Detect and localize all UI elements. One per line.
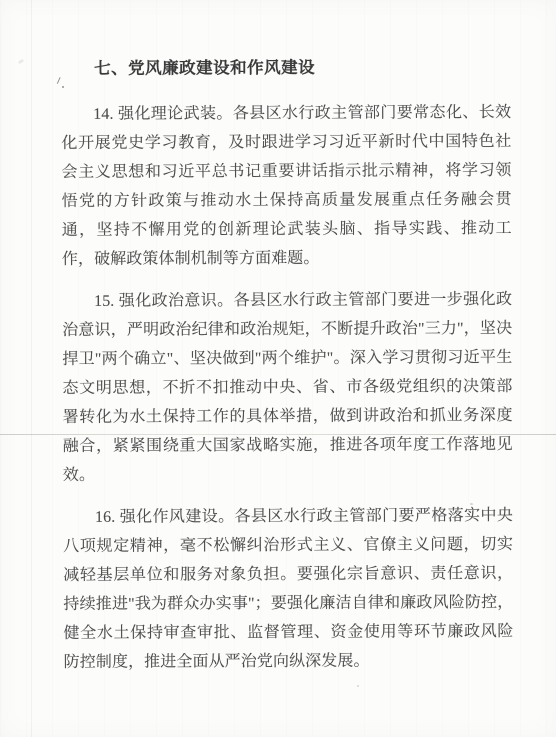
scan-streak-line-artifact — [0, 434, 556, 435]
scan-speck — [470, 503, 473, 505]
stray-pen-mark-dot — [62, 86, 64, 88]
document-content: 七、党风廉政建设和作风建设 14. 强化理论武装。各县区水行政主管部门要常态化、… — [61, 54, 514, 690]
paragraph-item-14: 14. 强化理论武装。各县区水行政主管部门要常态化、长效化开展党史学习教育，及时… — [61, 98, 512, 274]
scan-speck — [18, 59, 25, 65]
scan-fold-line-artifact — [31, 0, 32, 737]
scanned-document-page: 七、党风廉政建设和作风建设 14. 强化理论武装。各县区水行政主管部门要常态化、… — [0, 0, 556, 737]
paragraph-item-15: 15. 强化政治意识。各县区水行政主管部门要进一步强化政治意识，严明政治纪律和政… — [62, 285, 513, 490]
paragraph-item-16: 16. 强化作风建设。各县区水行政主管部门要严格落实中央八项规定精神，毫不松懈纠… — [63, 501, 514, 677]
section-heading: 七、党风廉政建设和作风建设 — [61, 54, 511, 82]
scan-speck — [357, 685, 359, 687]
